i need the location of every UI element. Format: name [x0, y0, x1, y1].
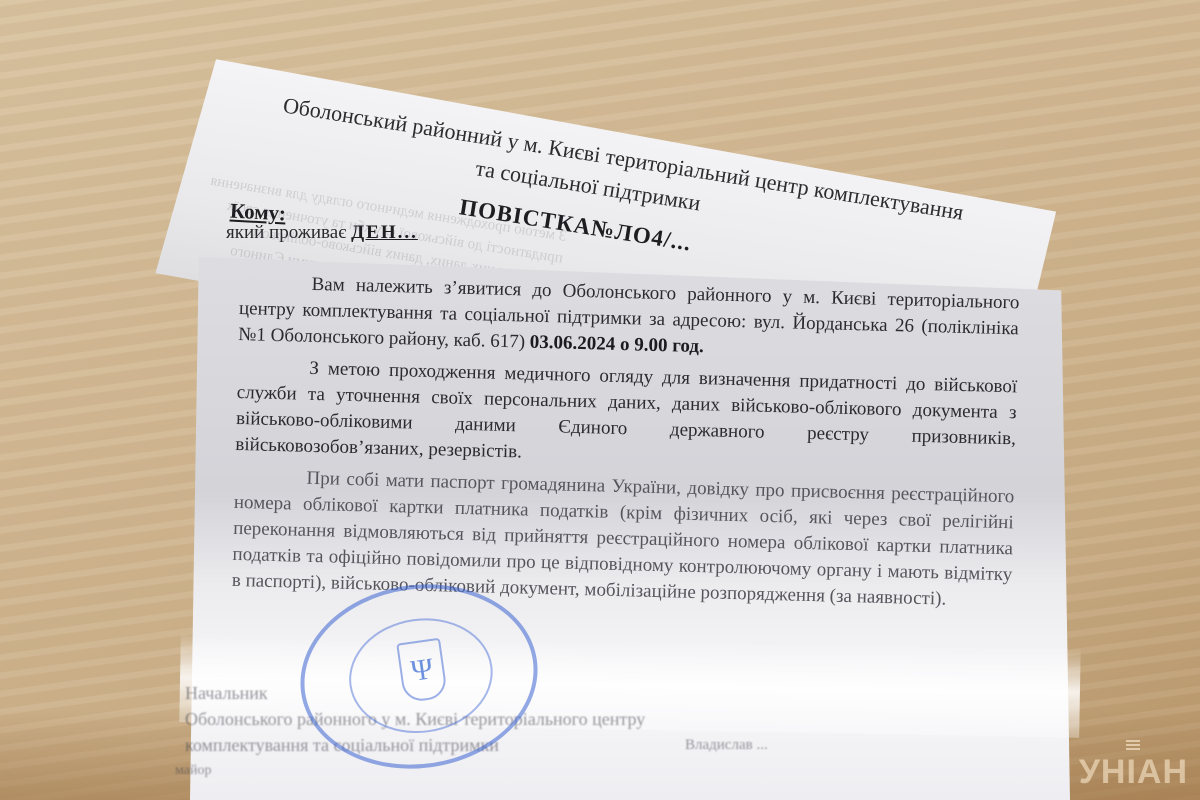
signatory-name: Владислав ...	[685, 732, 768, 758]
stamp-inner-ring: Ψ	[342, 609, 500, 742]
summons-body: Вам належить з’явитися до Оболонського р…	[231, 270, 1019, 620]
purpose-paragraph: З метою проходження медичного огляду для…	[235, 354, 1017, 478]
documents-paragraph: При собі мати паспорт громадянина Україн…	[232, 464, 1015, 614]
recipient-name: ДЕН...	[351, 222, 418, 243]
residence-prefix: який проживає	[226, 222, 346, 243]
recipient-residence: який проживає ДЕН...	[226, 222, 418, 244]
appearance-date-time: 03.06.2024 о 9.00 год.	[530, 332, 704, 358]
agency-watermark: УНІАН	[1079, 753, 1188, 792]
watermark-logo-icon	[1126, 740, 1140, 750]
tryzub-icon: Ψ	[396, 638, 448, 704]
signature-org-line2: комплектування та соціальної підтримки	[185, 732, 985, 758]
signatory-rank: майор	[175, 758, 211, 784]
